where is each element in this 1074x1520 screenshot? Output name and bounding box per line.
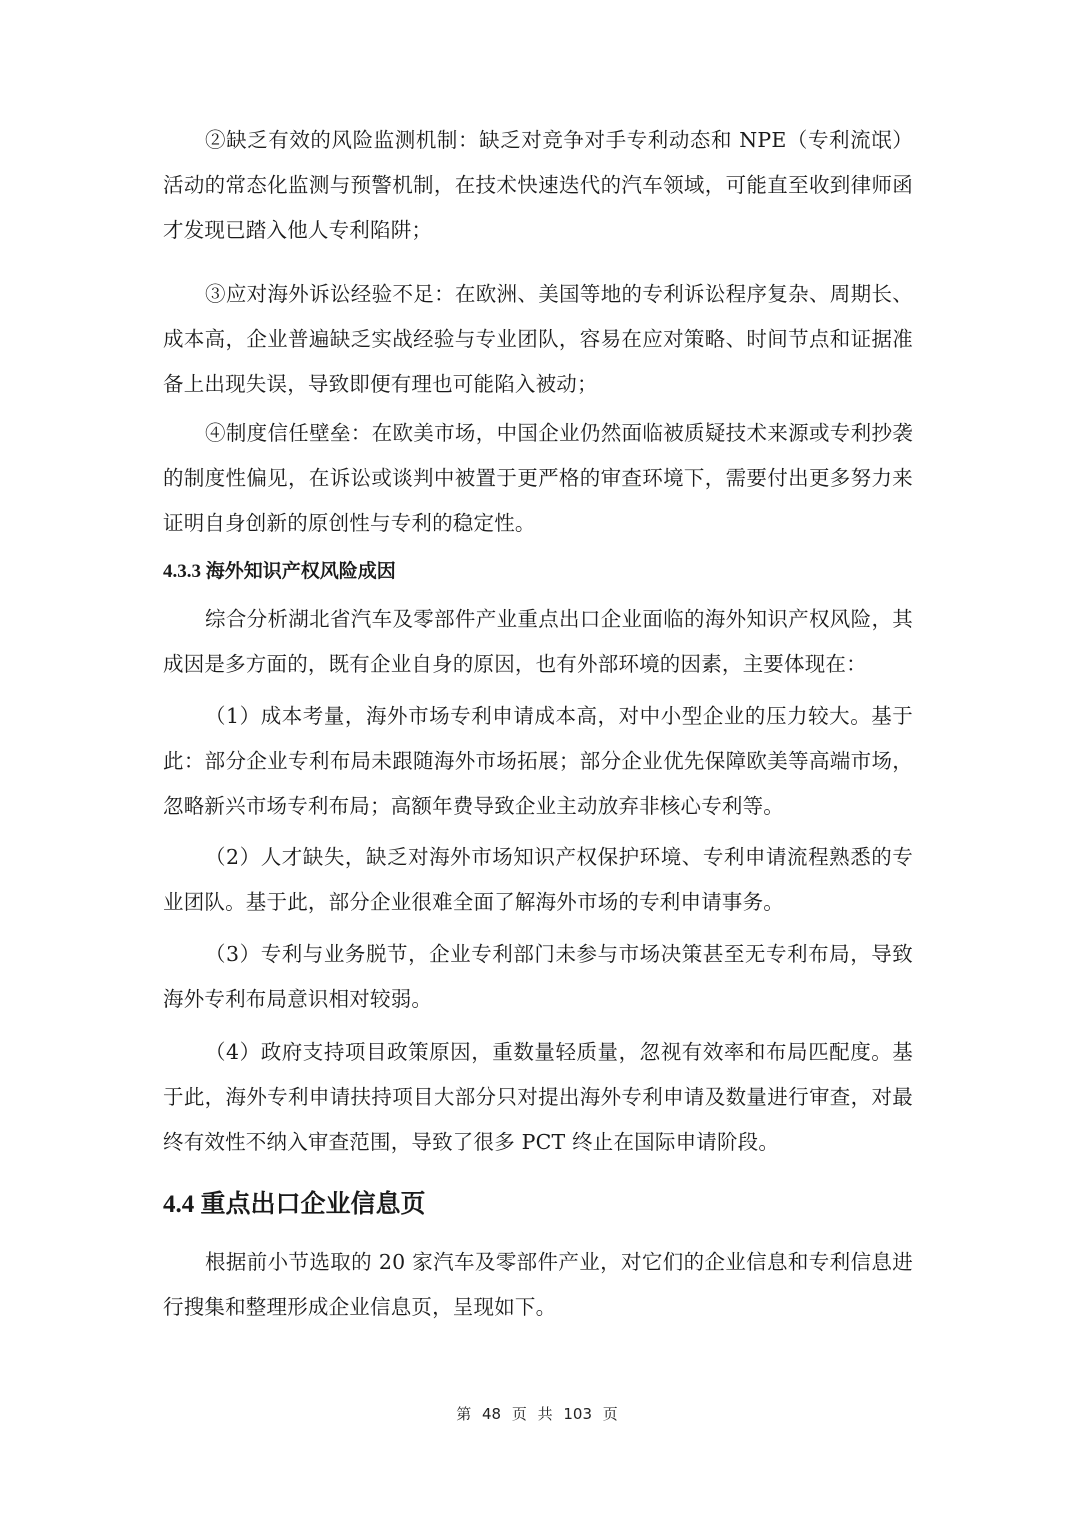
paragraph-cause-intro: 综合分析湖北省汽车及零部件产业重点出口企业面临的海外知识产权风险，其成因是多方面… [163, 597, 913, 687]
section-heading-4-3-3: 4.3.3 海外知识产权风险成因 [163, 556, 396, 583]
paragraph-institutional-trust: ④制度信任壁垒：在欧美市场，中国企业仍然面临被质疑技术来源或专利抄袭的制度性偏见… [163, 411, 913, 546]
paragraph-risk-monitoring: ②缺乏有效的风险监测机制：缺乏对竞争对手专利动态和 NPE（专利流氓）活动的常态… [163, 118, 913, 253]
paragraph-company-info: 根据前小节选取的 20 家汽车及零部件产业，对它们的企业信息和专利信息进行搜集和… [163, 1240, 913, 1330]
page-number-footer: 第 48 页 共 103 页 [0, 1403, 1074, 1424]
paragraph-litigation-experience: ③应对海外诉讼经验不足：在欧洲、美国等地的专利诉讼程序复杂、周期长、成本高，企业… [163, 272, 913, 407]
section-heading-4-4: 4.4 重点出口企业信息页 [163, 1184, 426, 1220]
list-item-cost: （1）成本考量，海外市场专利申请成本高，对中小型企业的压力较大。基于此：部分企业… [163, 694, 913, 829]
list-item-talent: （2）人才缺失，缺乏对海外市场知识产权保护环境、专利申请流程熟悉的专业团队。基于… [163, 835, 913, 925]
list-item-business-disconnect: （3）专利与业务脱节，企业专利部门未参与市场决策甚至无专利布局，导致海外专利布局… [163, 932, 913, 1022]
list-item-policy: （4）政府支持项目政策原因，重数量轻质量，忽视有效率和布局匹配度。基于此，海外专… [163, 1030, 913, 1165]
